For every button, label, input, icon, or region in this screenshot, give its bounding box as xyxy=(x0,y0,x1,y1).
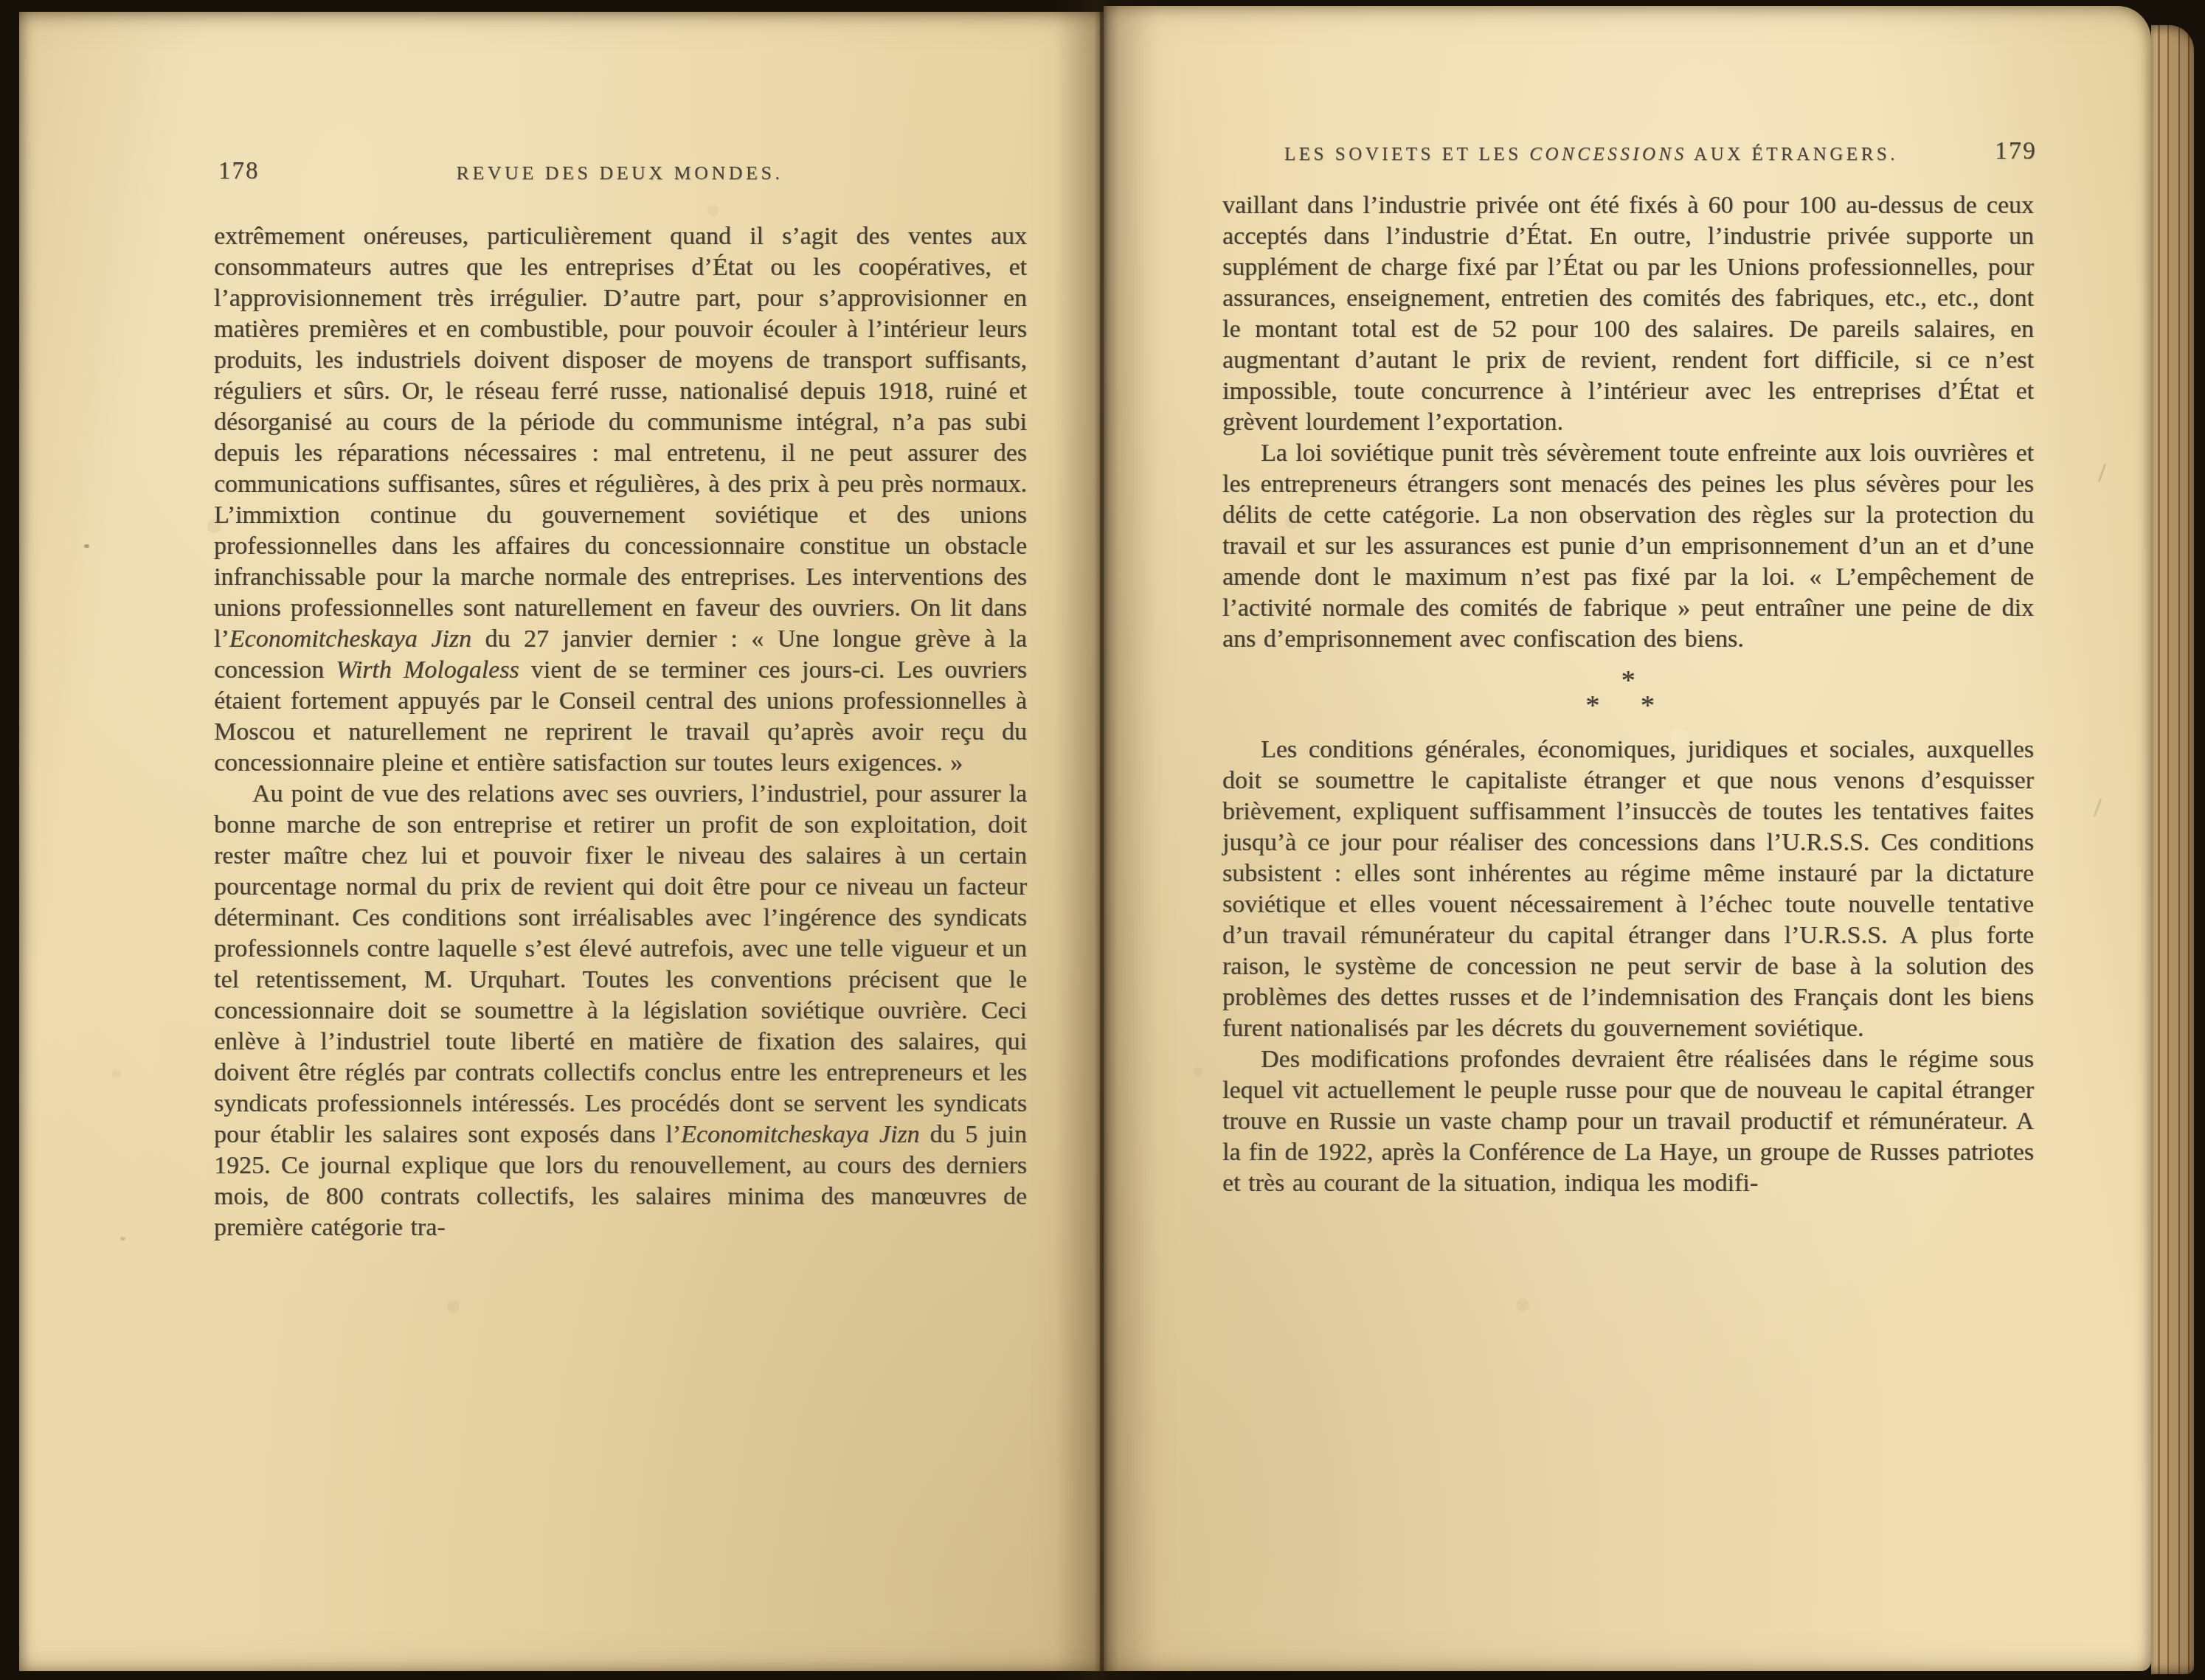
running-title-left: REVUE DES DEUX MONDES. xyxy=(214,162,1025,184)
text-block-right: vaillant dans l’industrie privée ont été… xyxy=(1222,190,2034,1199)
text-run: vaillant dans l’industrie privée ont été… xyxy=(1222,192,2034,436)
book-fore-edge xyxy=(2151,25,2194,1674)
text-block-left: extrêmement onéreuses, particulièrement … xyxy=(214,221,1027,1243)
margin-mark xyxy=(2094,798,2102,816)
italic-text-run: Wirth Mologaless xyxy=(336,656,519,684)
text-run: AUX ÉTRANGERS. xyxy=(1687,145,1898,164)
text-run: La loi soviétique punit très sévèrement … xyxy=(1222,440,2034,653)
text-run: Les conditions générales, économiques, j… xyxy=(1222,736,2034,1042)
asterisk-top: * xyxy=(1222,668,2034,693)
text-run: Au point de vue des relations avec ses o… xyxy=(214,780,1027,1148)
text-run: Des modifications profondes devraient êt… xyxy=(1222,1046,2034,1197)
asterism-separator: ** * xyxy=(1222,668,2034,718)
paragraph: La loi soviétique punit très sévèrement … xyxy=(1222,438,2034,655)
scanned-book-spread: { "colors": { "paper_left": "#ead6a7", "… xyxy=(0,0,2205,1680)
running-title-right: LES SOVIETS ET LES CONCESSIONS AUX ÉTRAN… xyxy=(1222,145,1960,165)
asterisk-bottom: * * xyxy=(1222,693,2034,718)
paragraph: Des modifications profondes devraient êt… xyxy=(1222,1044,2034,1199)
margin-mark xyxy=(2098,463,2107,482)
text-run: extrêmement onéreuses, particulièrement … xyxy=(214,223,1027,653)
paper-speck xyxy=(84,544,89,548)
paragraph: Au point de vue des relations avec ses o… xyxy=(214,779,1027,1243)
paper-speck xyxy=(120,1237,125,1240)
italic-text-run: Economitcheskaya Jizn xyxy=(681,1121,920,1148)
paragraph: Les conditions générales, économiques, j… xyxy=(1222,735,2034,1044)
italic-text-run: Economitcheskaya Jizn xyxy=(229,625,471,653)
italic-text-run: CONCESSIONS xyxy=(1529,145,1686,164)
text-run: LES SOVIETS ET LES xyxy=(1284,145,1529,164)
paragraph: vaillant dans l’industrie privée ont été… xyxy=(1222,190,2034,438)
page-number-right: 179 xyxy=(1995,137,2037,165)
paragraph: extrêmement onéreuses, particulièrement … xyxy=(214,221,1027,779)
